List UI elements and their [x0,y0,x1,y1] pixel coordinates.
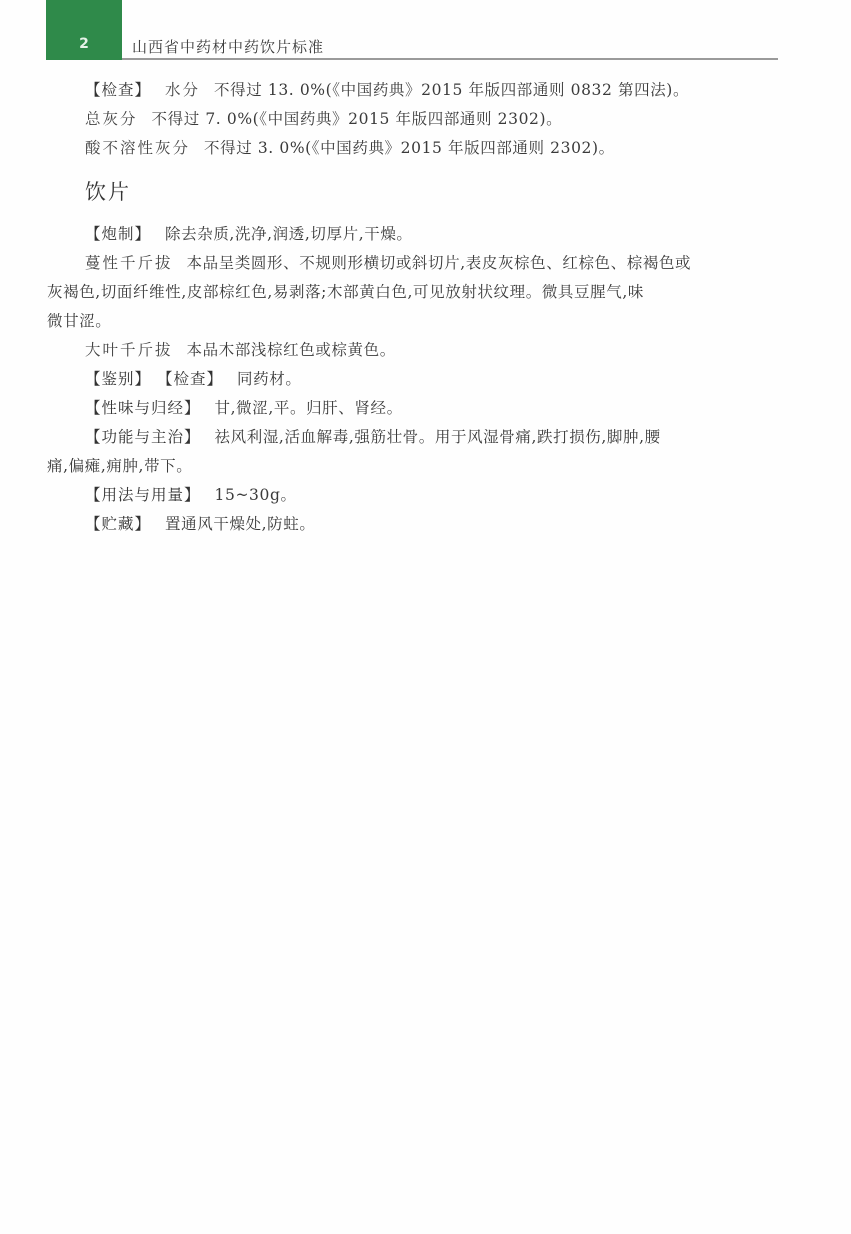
page-number: 2 [46,36,122,52]
function-line1: 【功能与主治】祛风利湿,活血解毒,强筋壮骨。用于风湿骨痛,跌打损伤,脚肿,腰 [85,427,661,447]
identification-text: 同药材。 [237,370,301,388]
page-number-block: 2 [46,0,122,60]
function-tag: 【功能与主治】 [85,428,201,446]
total-ash-line: 总灰分不得过 7. 0%(《中国药典》2015 年版四部通则 2302)。 [85,109,562,129]
variety1-line1: 蔓性千斤拔本品呈类圆形、不规则形横切或斜切片,表皮灰棕色、红棕色、棕褐色或 [85,253,691,273]
section-heading-decoction-pieces: 饮片 [85,176,131,206]
identification-tag: 【鉴别】 [85,370,151,388]
storage-text: 置通风干燥处,防蛀。 [165,515,315,533]
function-text-1: 祛风利湿,活血解毒,强筋壮骨。用于风湿骨痛,跌打损伤,脚肿,腰 [215,428,661,446]
acid-ash-line: 酸不溶性灰分不得过 3. 0%(《中国药典》2015 年版四部通则 2302)。 [85,138,615,158]
processing-text: 除去杂质,洗净,润透,切厚片,干燥。 [165,225,413,243]
processing-tag: 【炮制】 [85,225,151,243]
storage-line: 【贮藏】置通风干燥处,防蛀。 [85,514,315,534]
inspection-tag: 【检查】 [85,81,151,99]
moisture-text: 不得过 13. 0%(《中国药典》2015 年版四部通则 0832 第四法)。 [214,81,689,99]
nature-line: 【性味与归经】甘,微涩,平。归肝、肾经。 [85,398,403,418]
page-header: 2 山西省中药材中药饮片标准 [0,0,851,62]
storage-tag: 【贮藏】 [85,515,151,533]
total-ash-label: 总灰分 [85,110,138,128]
nature-text: 甘,微涩,平。归肝、肾经。 [215,399,403,417]
header-rule [122,58,778,60]
running-title: 山西省中药材中药饮片标准 [132,36,324,57]
total-ash-text: 不得过 7. 0%(《中国药典》2015 年版四部通则 2302)。 [152,110,563,128]
inspection-moisture-line: 【检查】水分不得过 13. 0%(《中国药典》2015 年版四部通则 0832 … [85,80,689,100]
variety1-text-1: 本品呈类圆形、不规则形横切或斜切片,表皮灰棕色、红棕色、棕褐色或 [187,254,692,272]
variety2-line: 大叶千斤拔本品木部浅棕红色或棕黄色。 [85,340,396,360]
function-line2: 痛,偏瘫,痈肿,带下。 [47,456,192,476]
variety1-line3: 微甘涩。 [47,311,111,331]
variety1-text-3: 微甘涩。 [47,312,111,330]
inspection-tag-2: 【检查】 [157,370,223,388]
moisture-label: 水分 [165,81,200,99]
variety2-label: 大叶千斤拔 [85,341,173,359]
dosage-tag: 【用法与用量】 [85,486,201,504]
nature-tag: 【性味与归经】 [85,399,201,417]
variety1-text-2: 灰褐色,切面纤维性,皮部棕红色,易剥落;木部黄白色,可见放射状纹理。微具豆腥气,… [47,283,644,301]
function-text-2: 痛,偏瘫,痈肿,带下。 [47,457,192,475]
identification-line: 【鉴别】【检查】同药材。 [85,369,301,389]
processing-line: 【炮制】除去杂质,洗净,润透,切厚片,干燥。 [85,224,413,244]
acid-ash-label: 酸不溶性灰分 [85,139,190,157]
dosage-line: 【用法与用量】15~30g。 [85,485,297,505]
dosage-text: 15~30g。 [215,486,297,504]
variety1-line2: 灰褐色,切面纤维性,皮部棕红色,易剥落;木部黄白色,可见放射状纹理。微具豆腥气,… [47,282,644,302]
variety1-label: 蔓性千斤拔 [85,254,173,272]
variety2-text: 本品木部浅棕红色或棕黄色。 [187,341,396,359]
acid-ash-text: 不得过 3. 0%(《中国药典》2015 年版四部通则 2302)。 [204,139,615,157]
